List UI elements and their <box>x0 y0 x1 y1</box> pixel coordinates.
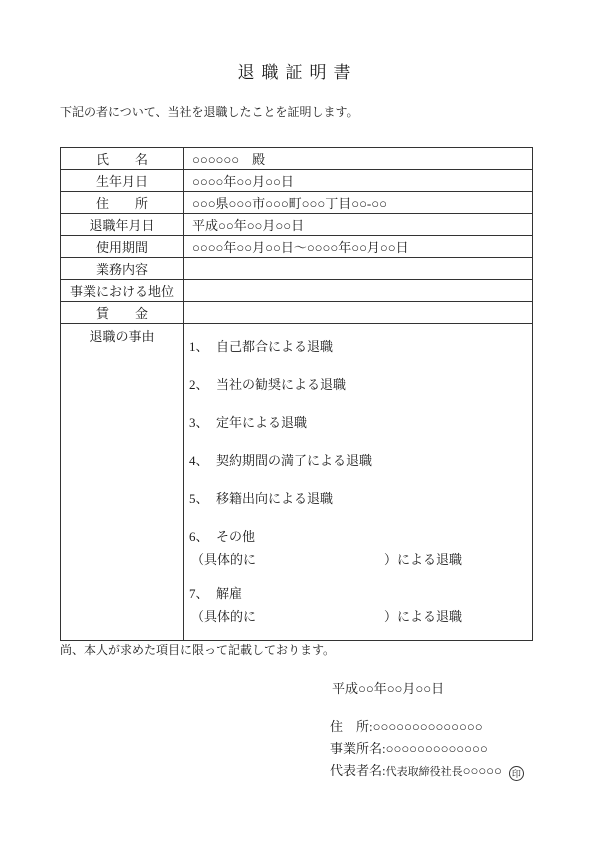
row-label-retirement-date: 退職年月日 <box>61 214 184 236</box>
reason-number: 3、 <box>189 412 216 433</box>
row-label-name: 氏 名 <box>61 148 184 170</box>
reason-item-4: 4、契約期間の満了による退職 <box>189 450 524 471</box>
seal-icon: 印 <box>509 766 524 781</box>
row-label-address: 住 所 <box>61 192 184 214</box>
row-label-job-description: 業務内容 <box>61 258 184 280</box>
row-value-job-description <box>184 258 533 280</box>
row-value-retirement-date: 平成○○年○○月○○日 <box>184 214 533 236</box>
reason-number: 5、 <box>189 488 216 509</box>
table-row-employment-period: 使用期間 ○○○○年○○月○○日～○○○○年○○月○○日 <box>61 236 533 258</box>
intro-text: 下記の者について、当社を退職したことを証明します。 <box>60 103 359 120</box>
reason-text: 当社の勧奨による退職 <box>216 374 346 395</box>
certificate-table: 氏 名 ○○○○○○ 殿 生年月日 ○○○○年○○月○○日 住 所 ○○○県○○… <box>60 147 533 641</box>
representative-title: 代表取締役社長 <box>386 766 463 778</box>
table-row-address: 住 所 ○○○県○○○市○○○町○○○丁目○○-○○ <box>61 192 533 214</box>
table-row-wage: 賃 金 <box>61 302 533 324</box>
detail-prefix: （具体的に <box>191 609 256 624</box>
detail-suffix: ）による退職 <box>384 609 462 624</box>
reason-text: 解雇 <box>216 583 242 604</box>
reason-number: 7、 <box>189 583 216 604</box>
row-label-employment-period: 使用期間 <box>61 236 184 258</box>
signature-address-label: 住 所: <box>330 719 373 734</box>
reason-item-6: 6、その他 <box>189 526 524 547</box>
retirement-certificate-page: 退職証明書 下記の者について、当社を退職したことを証明します。 氏 名 ○○○○… <box>0 0 595 841</box>
table-row-position: 事業における地位 <box>61 280 533 302</box>
page-title: 退職証明書 <box>0 58 595 83</box>
reason-item-2: 2、当社の勧奨による退職 <box>189 374 524 395</box>
row-value-employment-period: ○○○○年○○月○○日～○○○○年○○月○○日 <box>184 236 533 258</box>
reason-detail-7: （具体的に）による退職 <box>191 606 524 627</box>
reason-text: 自己都合による退職 <box>216 336 333 357</box>
reason-item-1: 1、自己都合による退職 <box>189 336 524 357</box>
row-label-wage: 賃 金 <box>61 302 184 324</box>
reason-detail-6: （具体的に）による退職 <box>191 549 524 570</box>
signature-address-line: 住 所:○○○○○○○○○○○○○○ <box>330 716 524 738</box>
signature-representative-label: 代表者名: <box>330 763 386 778</box>
signature-block: 住 所:○○○○○○○○○○○○○○ 事業所名:○○○○○○○○○○○○○ 代表… <box>330 716 524 783</box>
row-value-wage <box>184 302 533 324</box>
reason-text: その他 <box>216 526 255 547</box>
footer-note: 尚、本人が求めた項目に限って記載しております。 <box>60 641 335 658</box>
issue-date: 平成○○年○○月○○日 <box>332 678 444 697</box>
reason-number: 6、 <box>189 526 216 547</box>
table-row-name: 氏 名 ○○○○○○ 殿 <box>61 148 533 170</box>
signature-representative-value: ○○○○○ <box>463 763 502 778</box>
retirement-reason-list: 1、自己都合による退職 2、当社の勧奨による退職 3、定年による退職 4、契約期… <box>184 324 533 641</box>
row-label-birthdate: 生年月日 <box>61 170 184 192</box>
row-value-name: ○○○○○○ 殿 <box>184 148 533 170</box>
signature-office-label: 事業所名: <box>330 741 386 756</box>
reason-item-5: 5、移籍出向による退職 <box>189 488 524 509</box>
row-label-retirement-reason: 退職の事由 <box>61 324 184 641</box>
signature-representative-line: 代表者名:代表取締役社長○○○○○印 <box>330 760 524 783</box>
row-label-position: 事業における地位 <box>61 280 184 302</box>
signature-address-value: ○○○○○○○○○○○○○○ <box>373 719 483 734</box>
table-row-retirement-reason: 退職の事由 1、自己都合による退職 2、当社の勧奨による退職 3、定年による退職… <box>61 324 533 641</box>
reason-text: 移籍出向による退職 <box>216 488 333 509</box>
signature-office-line: 事業所名:○○○○○○○○○○○○○ <box>330 738 524 760</box>
signature-office-value: ○○○○○○○○○○○○○ <box>386 741 488 756</box>
reason-number: 1、 <box>189 336 216 357</box>
table-row-retirement-date: 退職年月日 平成○○年○○月○○日 <box>61 214 533 236</box>
detail-suffix: ）による退職 <box>384 552 462 567</box>
row-value-address: ○○○県○○○市○○○町○○○丁目○○-○○ <box>184 192 533 214</box>
row-value-position <box>184 280 533 302</box>
reason-item-3: 3、定年による退職 <box>189 412 524 433</box>
row-value-birthdate: ○○○○年○○月○○日 <box>184 170 533 192</box>
reason-number: 4、 <box>189 450 216 471</box>
reason-number: 2、 <box>189 374 216 395</box>
reason-item-7: 7、解雇 <box>189 583 524 604</box>
table-row-birthdate: 生年月日 ○○○○年○○月○○日 <box>61 170 533 192</box>
reason-text: 定年による退職 <box>216 412 307 433</box>
table-row-job-description: 業務内容 <box>61 258 533 280</box>
reason-text: 契約期間の満了による退職 <box>216 450 372 471</box>
detail-prefix: （具体的に <box>191 552 256 567</box>
